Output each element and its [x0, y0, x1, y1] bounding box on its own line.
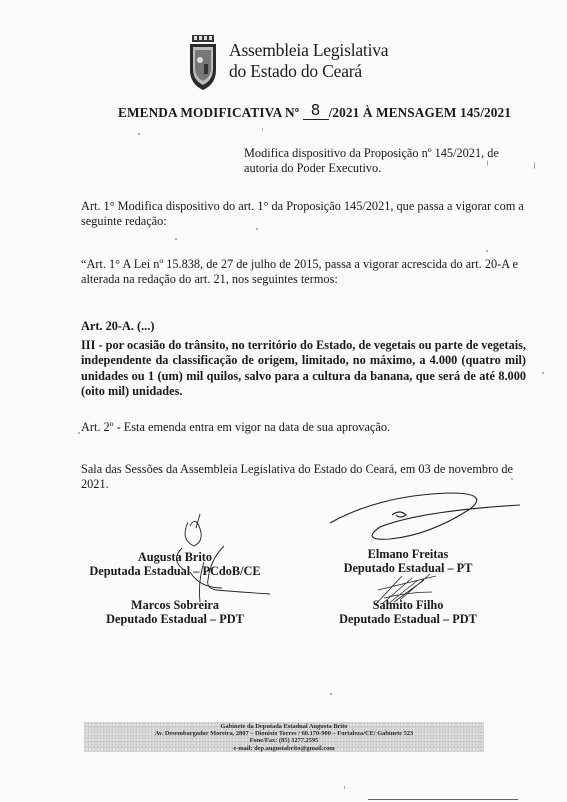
signatory-role: Deputado Estadual – PT	[318, 561, 498, 575]
footer-address: Av. Desembargador Moreira, 2807 – Dionis…	[84, 730, 484, 737]
article-2: Art. 2º - Esta emenda entra em vigor na …	[81, 420, 390, 435]
ementa: Modifica dispositivo da Proposição nº 14…	[244, 146, 524, 176]
signatory-role: Deputada Estadual – PCdoB/CE	[85, 564, 265, 578]
signature-elmano-freitas	[320, 485, 520, 545]
signatory-name: Marcos Sobreira	[85, 598, 265, 612]
article-20a-heading: Art. 20-A. (...)	[81, 319, 154, 334]
article-1: Art. 1° Modifica dispositivo do art. 1° …	[81, 199, 531, 229]
handwritten-number: 8	[311, 101, 321, 119]
office-footer: Gabinete da Deputada Estadual Augusta Br…	[84, 722, 484, 752]
signatory-name: Salmito Filho	[318, 598, 498, 612]
signatory: Salmito Filho Deputado Estadual – PDT	[318, 598, 498, 626]
inciso-iii: III - por ocasião do trânsito, no territ…	[81, 338, 526, 400]
scan-speck	[344, 786, 345, 789]
signatory: Marcos Sobreira Deputado Estadual – PDT	[85, 598, 265, 626]
quoted-article: “Art. 1° A Lei nº 15.838, de 27 de julho…	[81, 257, 531, 287]
page-edge-line	[368, 799, 518, 800]
scan-speck	[138, 133, 140, 135]
signatory: Augusta Brito Deputada Estadual – PCdoB/…	[85, 550, 265, 578]
signatory-name: Elmano Freitas	[318, 547, 498, 561]
scan-speck	[175, 238, 177, 240]
footer-email: e-mail: dep.augustabrito@gmail.com	[84, 745, 484, 752]
signatory: Elmano Freitas Deputado Estadual – PT	[318, 547, 498, 575]
amendment-number: 8	[303, 103, 329, 121]
scan-speck	[542, 372, 544, 374]
title-prefix: EMENDA MODIFICATIVA Nº	[118, 105, 299, 120]
footer-phone: Fone/Fax: (85) 3277.2595	[84, 737, 484, 744]
signatory-role: Deputado Estadual – PDT	[318, 612, 498, 626]
scan-speck	[486, 250, 488, 252]
scan-speck	[78, 432, 80, 434]
coat-of-arms-icon	[188, 34, 218, 92]
scan-speck	[262, 128, 263, 131]
title-suffix: /2021 À MENSAGEM 145/2021	[329, 105, 511, 120]
institution-line-2: do Estado do Ceará	[229, 61, 388, 82]
institution-name: Assembleia Legislativa do Estado do Cear…	[229, 40, 388, 82]
signatory-name: Augusta Brito	[85, 550, 265, 564]
signatory-role: Deputado Estadual – PDT	[85, 612, 265, 626]
document-title: EMENDA MODIFICATIVA Nº 8/2021 À MENSAGEM…	[118, 103, 511, 121]
scan-speck	[534, 162, 535, 169]
footer-office: Gabinete da Deputada Estadual Augusta Br…	[84, 723, 484, 730]
institution-line-1: Assembleia Legislativa	[229, 40, 388, 61]
scan-speck	[330, 693, 332, 695]
document-page: Assembleia Legislativa do Estado do Cear…	[0, 0, 567, 802]
